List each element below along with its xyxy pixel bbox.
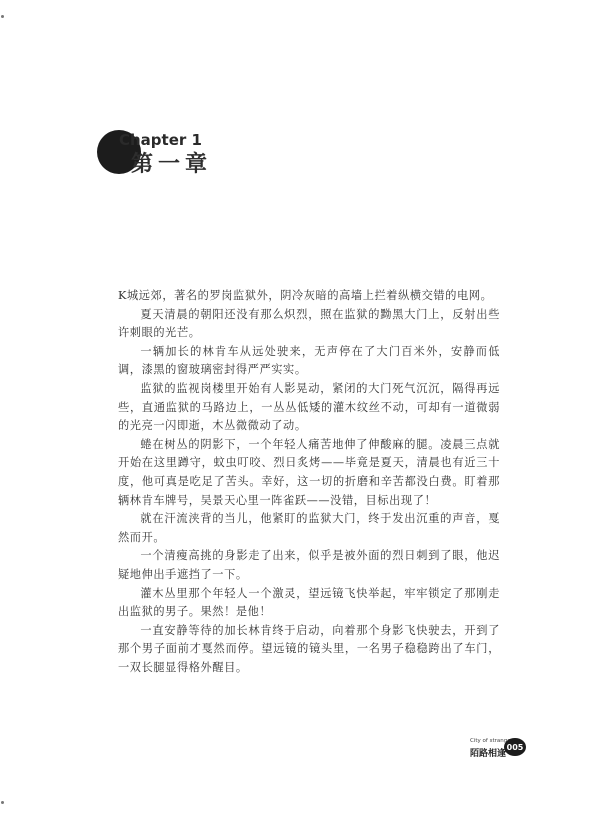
corner-mark-bottom: [1, 801, 4, 804]
chapter-label-zh: 第一章: [131, 147, 212, 178]
paragraph: 就在汗流浃背的当儿，他紧盯的监狱大门，终于发出沉重的声音，戛然而开。: [118, 510, 500, 547]
corner-mark-top: [1, 15, 4, 18]
paragraph: 灌木丛里那个年轻人一个激灵，望远镜飞快举起，牢牢锁定了那刚走出监狱的男子。果然！…: [118, 585, 500, 622]
paragraph: 一直安静等待的加长林肯终于启动，向着那个身影飞快驶去，开到了那个男子面前才戛然而…: [118, 622, 500, 678]
paragraph: K城远郊，著名的罗岗监狱外，阴冷灰暗的高墙上拦着纵横交错的电网。: [118, 287, 500, 306]
page-footer: City of strangers 陌路相逢 005: [470, 738, 530, 760]
paragraph: 夏天清晨的朝阳还没有那么炽烈，照在监狱的黝黑大门上，反射出些许刺眼的光芒。: [118, 306, 500, 343]
paragraph: 一辆加长的林肯车从远处驶来，无声停在了大门百米外，安静而低调，漆黑的窗玻璃密封得…: [118, 343, 500, 380]
chapter-heading: Chapter 1 第一章: [97, 127, 237, 179]
page-number: 005: [504, 738, 526, 756]
chapter-body: K城远郊，著名的罗岗监狱外，阴冷灰暗的高墙上拦着纵横交错的电网。 夏天清晨的朝阳…: [118, 287, 500, 677]
paragraph: 蜷在树丛的阴影下，一个年轻人痛苦地伸了伸酸麻的腿。凌晨三点就开始在这里蹲守，蚊虫…: [118, 436, 500, 510]
book-title-zh: 陌路相逢: [470, 746, 506, 759]
paragraph: 监狱的监视岗楼里开始有人影晃动，紧闭的大门死气沉沉，隔得再远些，直通监狱的马路边…: [118, 380, 500, 436]
paragraph: 一个清瘦高挑的身影走了出来，似乎是被外面的烈日刺到了眼，他迟疑地伸出手遮挡了一下…: [118, 547, 500, 584]
